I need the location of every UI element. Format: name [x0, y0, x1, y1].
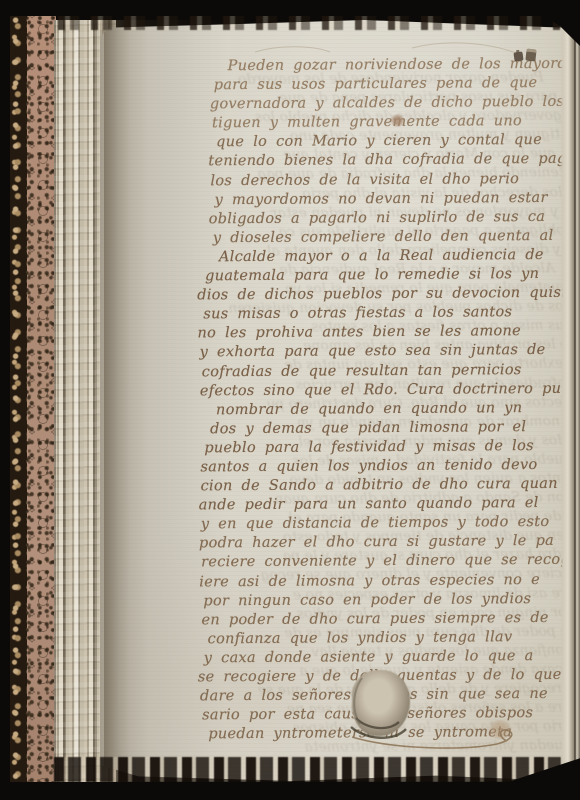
cover-spine-edge	[10, 16, 27, 786]
manuscript-line: cofradias de que resultan tan pernicios	[202, 360, 572, 382]
manuscript-line: que lo con Mario y cieren y contal que	[216, 131, 570, 153]
manuscript-line: governadora y alcaldes de dicho pueblo l…	[210, 93, 570, 115]
scan-background-bottom	[0, 782, 580, 800]
manuscript-line: en poder de dho cura pues siempre es de	[201, 608, 573, 630]
manuscript-line: nombrar de quando en quando un yn	[216, 398, 572, 420]
manuscript-line: dos y demas que pidan limosna por el	[210, 418, 572, 440]
folio-mark	[512, 46, 540, 66]
manuscript-line: y mayordomos no devan ni puedan estar	[214, 188, 570, 210]
manuscript-line: y caxa donde asiente y guarde lo que a	[204, 647, 574, 669]
manuscript-line: los derechos de la visita el dho perio	[210, 169, 570, 191]
manuscript-line: guatemala para que lo remedie si los yn	[205, 265, 571, 287]
manuscript-line: para sus usos particulares pena de que	[214, 74, 570, 96]
manuscript-line: teniendo bienes la dha cofradia de que p…	[208, 150, 570, 172]
manuscript-line: confianza que los yndios y tenga llav	[208, 628, 574, 650]
manuscript-scan: Pueden gozar noriviendose de los mayordo…	[0, 0, 580, 800]
manuscript-line: iere asi de limosna y otras especies no …	[199, 570, 573, 592]
manuscript-line: obligados a pagarlo ni suplirlo de sus c…	[209, 207, 571, 229]
manuscript-line: y exhorta para que esto sea sin juntas d…	[200, 341, 572, 363]
fore-edge-fold	[560, 16, 580, 784]
manuscript-text: Pueden gozar noriviendose de los mayordo…	[210, 55, 575, 757]
manuscript-line: y en que distancia de tiempos y todo est…	[201, 513, 573, 535]
manuscript-line: y dioseles compeliere dello den quenta a…	[213, 227, 571, 249]
manuscript-line: cion de Sando a adbitrio de dho cura qua…	[200, 475, 572, 497]
deckled-top-edge	[58, 15, 580, 30]
scan-background-top	[0, 0, 580, 16]
manuscript-line: no les prohiva antes bien se les amone	[197, 322, 571, 344]
manuscript-line: dios de dichos pueblos por su devocion q…	[197, 284, 571, 306]
manuscript-line: santos a quien los yndios an tenido devo	[200, 456, 572, 478]
deckled-bottom-edge	[54, 757, 580, 782]
manuscript-line: efectos sino que el Rdo. Cura doctrinero…	[200, 379, 572, 401]
manuscript-line: sus misas o otras fiestas a los santos	[203, 303, 571, 325]
manuscript-line: pueblo para la festividad y misas de los	[204, 437, 572, 459]
manuscript-line: Alcalde mayor o a la Real audiencia de	[219, 246, 571, 268]
manuscript-line: podra hazer el dho cura si gustare y le …	[199, 532, 573, 554]
faint-stain	[486, 720, 514, 739]
manuscript-line: reciere conveniente y el dinero que se r…	[201, 551, 573, 573]
manuscript-line: ande pedir para un santo quando para el	[199, 494, 573, 516]
small-stain	[390, 114, 405, 127]
manuscript-line: por ningun caso en poder de los yndios	[203, 589, 573, 611]
